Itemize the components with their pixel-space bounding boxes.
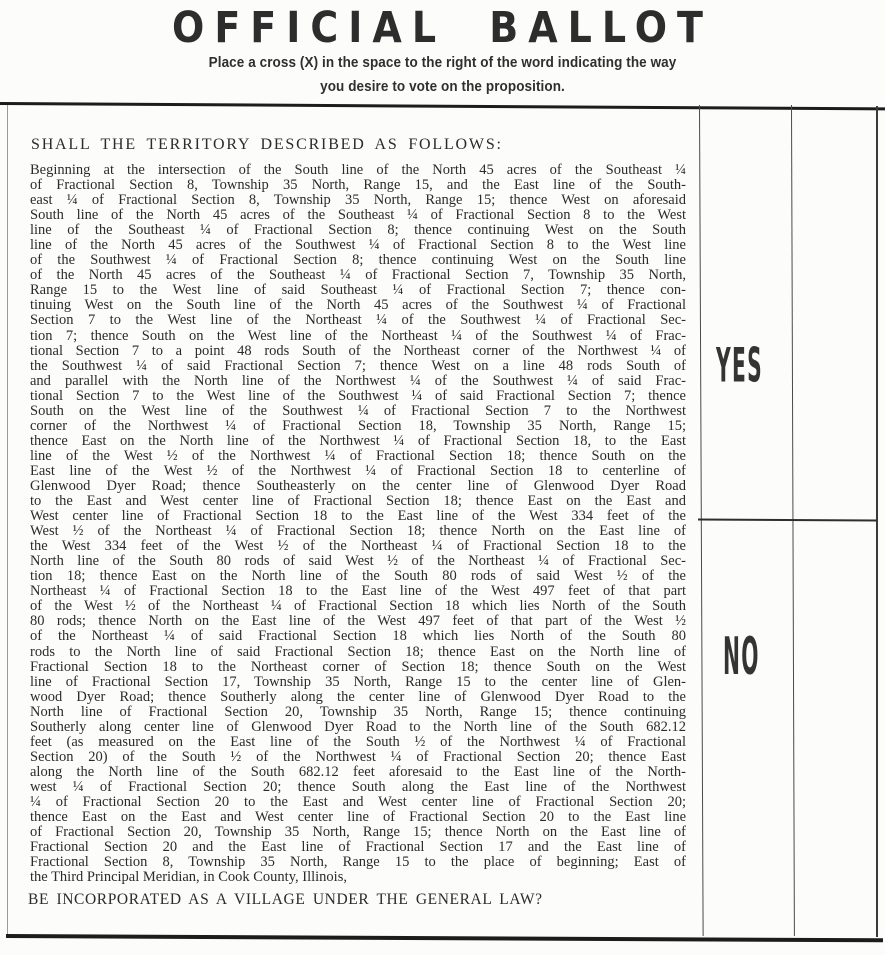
description-line: feet (as measured on the East line of th…	[30, 735, 686, 750]
description-line: Fractional Section 20 and the East line …	[30, 840, 686, 855]
description-line: tional Section 7 to the West line of the…	[30, 389, 686, 404]
description-line: the West 334 feet of the West ½ of the N…	[30, 539, 686, 554]
proposition-question: BE INCORPORATED AS A VILLAGE UNDER THE G…	[28, 891, 543, 909]
description-line: the Third Principal Meridian, in Cook Co…	[30, 870, 686, 885]
description-line: line of the North 45 acres of the Southw…	[30, 238, 686, 253]
description-line: Range 15 to the West line of said Southe…	[30, 283, 686, 298]
description-line: east ¼ of Fractional Section 8, Township…	[30, 193, 686, 208]
description-line: of Fractional Section 8, Township 35 Nor…	[30, 178, 686, 193]
description-line: Section 7 to the West line of the Northe…	[30, 313, 686, 328]
description-line: North line of the South 80 rods of said …	[30, 554, 686, 569]
description-line: and parallel with the North line of the …	[30, 374, 686, 389]
instructions-line-1: Place a cross (X) in the space to the ri…	[31, 55, 854, 71]
description-line: South line of the North 45 acres of the …	[30, 208, 686, 223]
description-line: East line of the West ½ of the Northwest…	[30, 464, 686, 479]
description-line: 80 rods; thence North on the East line o…	[30, 614, 686, 629]
ballot-sheet: OFFICIAL BALLOT Place a cross (X) in the…	[0, 0, 885, 955]
no-mark-space[interactable]	[793, 521, 876, 934]
no-label: NO	[723, 626, 760, 686]
yes-label: YES	[716, 337, 763, 393]
description-line: tinuing West on the South line of the No…	[30, 298, 686, 313]
description-line: of the Northeast ¼ of said Fractional Se…	[30, 629, 686, 644]
description-line: Section 20) of the South ½ of the Northw…	[30, 750, 686, 765]
description-line: West ½ of the Northeast ¼ of Fractional …	[30, 524, 686, 539]
description-line: thence East on the North line of the Nor…	[30, 434, 686, 449]
territory-description: Beginning at the intersection of the Sou…	[30, 163, 686, 885]
description-line: tion 7; thence South on the West line of…	[30, 329, 686, 344]
instructions-line-2: you desire to vote on the proposition.	[31, 79, 854, 95]
description-line: Fractional Section 8, Township 35 North,…	[30, 855, 686, 870]
description-line: Beginning at the intersection of the Sou…	[30, 163, 686, 178]
description-line: tion 18; thence East on the North line o…	[30, 569, 686, 584]
description-line: Northeast ¼ of Fractional Section 18 to …	[30, 584, 686, 599]
right-border-line	[876, 106, 878, 937]
description-line: line of the Southeast ¼ of Fractional Se…	[30, 223, 686, 238]
description-line: South on the West line of the Southwest …	[30, 404, 686, 419]
top-rule	[0, 102, 885, 110]
description-line: corner of the Northwest ¼ of Fractional …	[30, 419, 686, 434]
description-line: Glenwood Dyer Road; thence Southeasterly…	[30, 479, 686, 494]
description-line: wood Dyer Road; thence Southerly along t…	[30, 690, 686, 705]
description-line: the Southwest ¼ of said Fractional Secti…	[30, 359, 686, 374]
ballot-title: OFFICIAL BALLOT	[0, 3, 885, 52]
description-line: thence East on the East and West center …	[30, 810, 686, 825]
description-line: Fractional Section 18 to the Northeast c…	[30, 660, 686, 675]
description-line: of the North 45 acres of the Southeast ¼…	[30, 268, 686, 283]
bottom-rule	[6, 934, 883, 942]
description-line: line of the West ½ of the Northwest ¼ of…	[30, 449, 686, 464]
description-line: line of Fractional Section 17, Township …	[30, 675, 686, 690]
description-line: of the West ½ of the Northeast ¼ of Frac…	[30, 599, 686, 614]
proposition-intro: SHALL THE TERRITORY DESCRIBED AS FOLLOWS…	[31, 136, 503, 154]
description-line: of the Southwest ¼ of Fractional Section…	[30, 253, 686, 268]
description-line: tional Section 7 to a point 48 rods Sout…	[30, 344, 686, 359]
description-line: of Fractional Section 20, Township 35 No…	[30, 825, 686, 840]
description-line: west ¼ of Fractional Section 20; thence …	[30, 780, 686, 795]
left-border-line	[7, 105, 8, 936]
description-line: ¼ of Fractional Section 20 to the East a…	[30, 795, 686, 810]
description-line: North line of Fractional Section 20, Tow…	[30, 705, 686, 720]
description-line: to the East and West center line of Frac…	[30, 494, 686, 509]
yes-mark-space[interactable]	[793, 107, 876, 519]
description-line: West center line of Fractional Section 1…	[30, 509, 686, 524]
description-line: Southerly along center line of Glenwood …	[30, 720, 686, 735]
description-line: along the North line of the South 682.12…	[30, 765, 686, 780]
description-line: rods to the North line of said Fractiona…	[30, 645, 686, 660]
